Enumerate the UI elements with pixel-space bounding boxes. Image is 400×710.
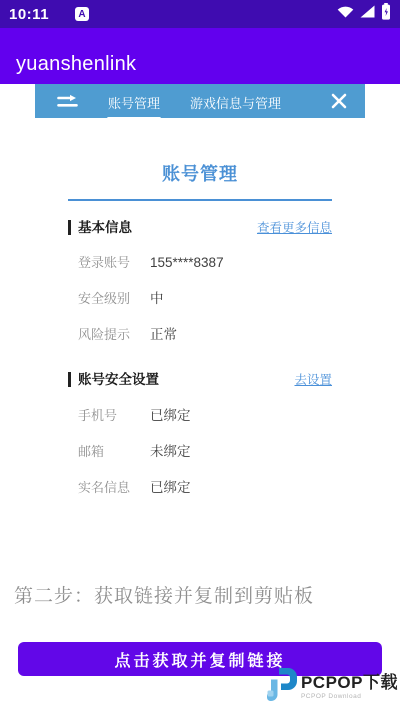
row-label: 风险提示	[78, 324, 150, 343]
page-title: 账号管理	[0, 160, 400, 186]
battery-icon	[381, 3, 391, 25]
row-label: 安全级别	[78, 288, 150, 307]
wifi-icon	[337, 5, 354, 23]
realname-row: 实名信息 已绑定	[78, 476, 400, 496]
app-screen: 10:11 A yuanshenlink	[0, 0, 400, 710]
app-title: yuanshenlink	[16, 53, 136, 76]
risk-tip-row: 风险提示 正常	[78, 323, 400, 343]
basic-info-header: 基本信息 查看更多信息	[68, 218, 332, 236]
security-settings-header: 账号安全设置 去设置	[68, 370, 332, 388]
phone-row: 手机号 已绑定	[78, 404, 400, 424]
app-bar: yuanshenlink	[0, 28, 400, 84]
clock: 10:11	[9, 6, 49, 23]
row-label: 手机号	[78, 405, 150, 424]
cellular-signal-icon	[360, 5, 375, 23]
security-level-row: 安全级别 中	[78, 287, 400, 307]
tab-game-info-management[interactable]: 游戏信息与管理	[190, 91, 281, 112]
view-more-info-link[interactable]: 查看更多信息	[257, 218, 332, 236]
account-page: 账号管理 基本信息 查看更多信息 登录账号 155****8387 安全级别 中…	[0, 118, 400, 496]
row-label: 登录账号	[78, 252, 150, 271]
watermark-subtext: PCPOP Download	[301, 693, 398, 700]
basic-info-rows: 登录账号 155****8387 安全级别 中 风险提示 正常	[0, 252, 400, 343]
row-value: 已绑定	[150, 476, 191, 496]
row-label: 实名信息	[78, 477, 150, 496]
webview-nav-bar: 账号管理 游戏信息与管理	[35, 84, 365, 118]
security-rows: 手机号 已绑定 邮箱 未绑定 实名信息 已绑定	[0, 404, 400, 496]
row-value: 中	[150, 287, 164, 307]
row-value: 已绑定	[150, 404, 191, 424]
row-label: 邮箱	[78, 441, 150, 460]
security-settings-heading: 账号安全设置	[68, 372, 159, 387]
pcpop-logo-icon	[267, 667, 298, 707]
notification-app-icon: A	[75, 7, 89, 21]
watermark-brand: PCPOP下载	[301, 674, 398, 692]
row-value: 155****8387	[150, 255, 224, 270]
menu-unfold-icon[interactable]	[57, 94, 78, 108]
login-account-row: 登录账号 155****8387	[78, 252, 400, 271]
close-icon[interactable]	[331, 93, 347, 109]
step-instruction: 第二步：获取链接并复制到剪贴板	[14, 581, 314, 608]
title-divider	[68, 199, 332, 201]
status-bar: 10:11 A	[0, 0, 400, 28]
row-value: 未绑定	[150, 440, 191, 460]
basic-info-heading: 基本信息	[68, 220, 132, 235]
go-settings-link[interactable]: 去设置	[294, 370, 332, 388]
pcpop-watermark: PCPOP下载 PCPOP Download	[267, 667, 398, 707]
tab-account-management[interactable]: 账号管理	[108, 91, 160, 112]
email-row: 邮箱 未绑定	[78, 440, 400, 460]
row-value: 正常	[150, 323, 177, 343]
